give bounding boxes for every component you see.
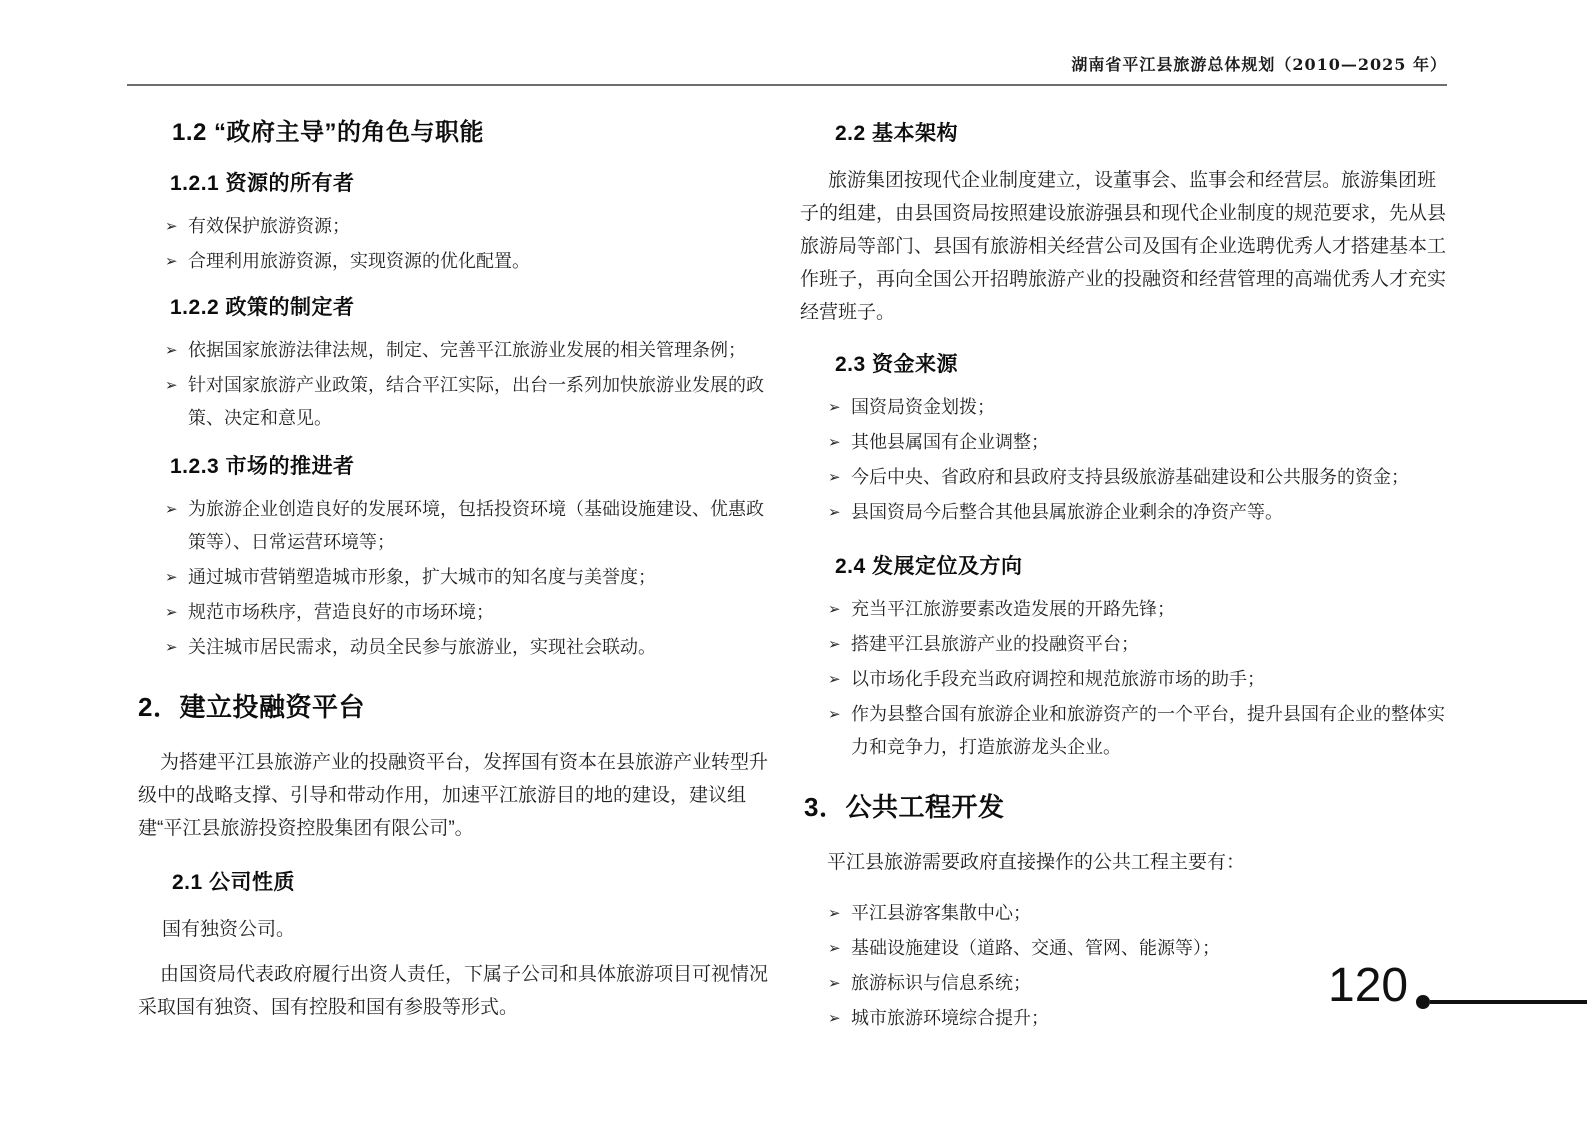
bullet-text: 规范市场秩序，营造良好的市场环境；: [188, 596, 770, 629]
bullet-text: 为旅游企业创造良好的发展环境，包括投资环境（基础设施建设、优惠政策等）、日常运营…: [188, 493, 770, 559]
arrow-bullet-icon: ➢: [828, 391, 851, 424]
bullet-text: 以市场化手段充当政府调控和规范旅游市场的助手；: [851, 663, 1448, 696]
bullet-item: ➢ 其他县属国有企业调整；: [800, 426, 1448, 459]
page-number: 120: [1328, 962, 1408, 1010]
paragraph: 国有独资公司。: [138, 913, 770, 946]
paragraph: 由国资局代表政府履行出资人责任，下属子公司和具体旅游项目可视情况采取国有独资、国…: [138, 958, 770, 1024]
header-title: 湖南省平江县旅游总体规划（2010—2025 年）: [1071, 52, 1447, 75]
bullet-item: ➢ 有效保护旅游资源；: [138, 210, 770, 243]
arrow-bullet-icon: ➢: [165, 596, 188, 629]
paragraph: 为搭建平江县旅游产业的投融资平台，发挥国有资本在县旅游产业转型升级中的战略支撑、…: [138, 746, 770, 845]
arrow-bullet-icon: ➢: [828, 932, 851, 965]
arrow-bullet-icon: ➢: [828, 496, 851, 529]
bullet-item: ➢ 针对国家旅游产业政策，结合平江实际，出台一系列加快旅游业发展的政策、决定和意…: [138, 369, 770, 435]
heading-1-2-1: 1.2.1 资源的所有者: [138, 170, 770, 198]
bullet-text: 搭建平江县旅游产业的投融资平台；: [851, 628, 1448, 661]
heading-2: 2．建立投融资平台: [138, 690, 770, 724]
bullet-item: ➢ 搭建平江县旅游产业的投融资平台；: [800, 628, 1448, 661]
bullet-item: ➢ 今后中央、省政府和县政府支持县级旅游基础建设和公共服务的资金；: [800, 461, 1448, 494]
arrow-bullet-icon: ➢: [828, 698, 851, 731]
footer-rule: [1430, 1000, 1587, 1004]
bullet-text: 针对国家旅游产业政策，结合平江实际，出台一系列加快旅游业发展的政策、决定和意见。: [188, 369, 770, 435]
bullet-text: 关注城市居民需求，动员全民参与旅游业，实现社会联动。: [188, 631, 770, 664]
arrow-bullet-icon: ➢: [828, 461, 851, 494]
heading-2-4: 2.4 发展定位及方向: [800, 553, 1448, 581]
bullet-text: 国资局资金划拨；: [851, 391, 1448, 424]
heading-2-3: 2.3 资金来源: [800, 351, 1448, 379]
arrow-bullet-icon: ➢: [828, 967, 851, 1000]
arrow-bullet-icon: ➢: [165, 334, 188, 367]
bullet-item: ➢ 通过城市营销塑造城市形象，扩大城市的知名度与美誉度；: [138, 561, 770, 594]
heading-2-2: 2.2 基本架构: [800, 120, 1448, 148]
arrow-bullet-icon: ➢: [828, 897, 851, 930]
bullet-text: 县国资局今后整合其他县属旅游企业剩余的净资产等。: [851, 496, 1448, 529]
bullet-item: ➢ 合理利用旅游资源，实现资源的优化配置。: [138, 245, 770, 278]
bullet-text: 通过城市营销塑造城市形象，扩大城市的知名度与美誉度；: [188, 561, 770, 594]
paragraph: 旅游集团按现代企业制度建立，设董事会、监事会和经营层。旅游集团班子的组建，由县国…: [800, 164, 1448, 329]
heading-1-2: 1.2 “政府主导”的角色与职能: [138, 116, 770, 150]
arrow-bullet-icon: ➢: [828, 628, 851, 661]
bullet-text: 平江县游客集散中心；: [851, 897, 1448, 930]
footer-dot: [1416, 995, 1430, 1009]
bullet-text: 有效保护旅游资源；: [188, 210, 770, 243]
header-rule: [127, 84, 1447, 86]
left-column: 1.2 “政府主导”的角色与职能 1.2.1 资源的所有者 ➢ 有效保护旅游资源…: [138, 108, 770, 1024]
arrow-bullet-icon: ➢: [165, 210, 188, 243]
bullet-item: ➢ 平江县游客集散中心；: [800, 897, 1448, 930]
bullet-item: ➢ 县国资局今后整合其他县属旅游企业剩余的净资产等。: [800, 496, 1448, 529]
paragraph: 平江县旅游需要政府直接操作的公共工程主要有：: [800, 846, 1448, 879]
arrow-bullet-icon: ➢: [165, 561, 188, 594]
bullet-text: 作为县整合国有旅游企业和旅游资产的一个平台，提升县国有企业的整体实力和竞争力，打…: [851, 698, 1448, 764]
arrow-bullet-icon: ➢: [828, 593, 851, 626]
heading-3: 3．公共工程开发: [800, 790, 1448, 824]
heading-1-2-2: 1.2.2 政策的制定者: [138, 294, 770, 322]
arrow-bullet-icon: ➢: [828, 663, 851, 696]
bullet-text: 充当平江旅游要素改造发展的开路先锋；: [851, 593, 1448, 626]
heading-2-1: 2.1 公司性质: [138, 869, 770, 897]
bullet-text: 今后中央、省政府和县政府支持县级旅游基础建设和公共服务的资金；: [851, 461, 1448, 494]
arrow-bullet-icon: ➢: [165, 493, 188, 526]
bullet-item: ➢ 为旅游企业创造良好的发展环境，包括投资环境（基础设施建设、优惠政策等）、日常…: [138, 493, 770, 559]
bullet-item: ➢ 充当平江旅游要素改造发展的开路先锋；: [800, 593, 1448, 626]
bullet-item: ➢ 国资局资金划拨；: [800, 391, 1448, 424]
bullet-item: ➢ 规范市场秩序，营造良好的市场环境；: [138, 596, 770, 629]
bullet-item: ➢ 关注城市居民需求，动员全民参与旅游业，实现社会联动。: [138, 631, 770, 664]
bullet-item: ➢ 作为县整合国有旅游企业和旅游资产的一个平台，提升县国有企业的整体实力和竞争力…: [800, 698, 1448, 764]
bullet-text: 依据国家旅游法律法规，制定、完善平江旅游业发展的相关管理条例；: [188, 334, 770, 367]
arrow-bullet-icon: ➢: [828, 426, 851, 459]
bullet-item: ➢ 以市场化手段充当政府调控和规范旅游市场的助手；: [800, 663, 1448, 696]
bullet-item: ➢ 依据国家旅游法律法规，制定、完善平江旅游业发展的相关管理条例；: [138, 334, 770, 367]
arrow-bullet-icon: ➢: [828, 1002, 851, 1035]
arrow-bullet-icon: ➢: [165, 369, 188, 402]
arrow-bullet-icon: ➢: [165, 245, 188, 278]
bullet-text: 合理利用旅游资源，实现资源的优化配置。: [188, 245, 770, 278]
heading-1-2-3: 1.2.3 市场的推进者: [138, 453, 770, 481]
arrow-bullet-icon: ➢: [165, 631, 188, 664]
right-column: 2.2 基本架构 旅游集团按现代企业制度建立，设董事会、监事会和经营层。旅游集团…: [800, 108, 1448, 1037]
document-page: 湖南省平江县旅游总体规划（2010—2025 年） 1.2 “政府主导”的角色与…: [0, 0, 1587, 1122]
bullet-text: 其他县属国有企业调整；: [851, 426, 1448, 459]
